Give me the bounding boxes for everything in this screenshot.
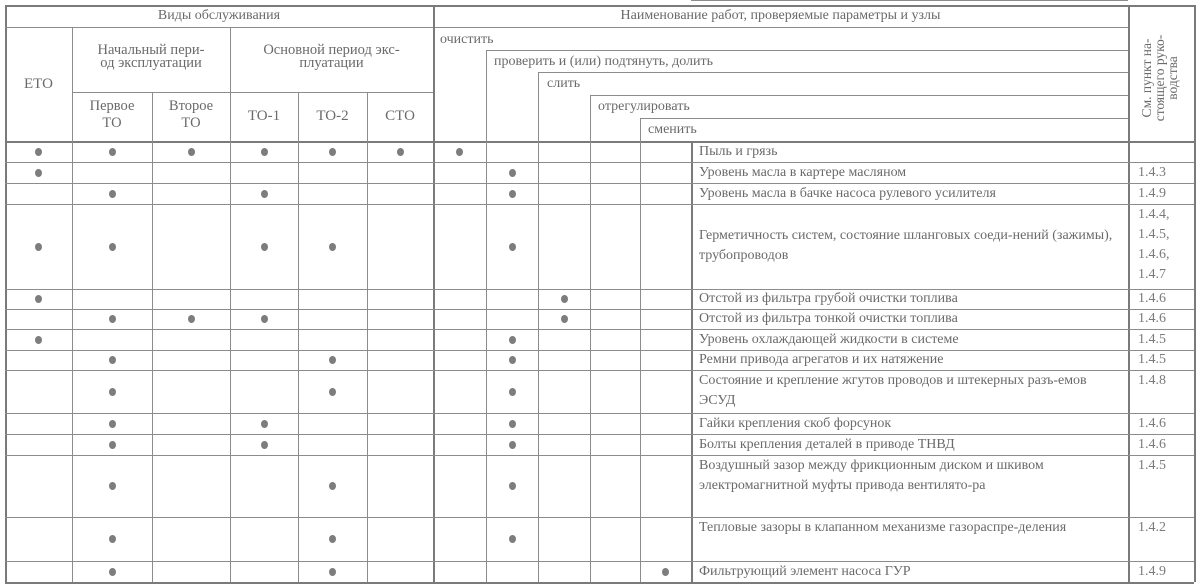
action-header-check: проверить и (или) подтянуть, долить bbox=[494, 54, 713, 70]
maintenance-table: Виды обслуживания Наименование работ, пр… bbox=[0, 0, 1200, 587]
bullet-icon bbox=[261, 420, 268, 428]
bullet-icon bbox=[329, 535, 336, 543]
bullet-icon bbox=[662, 568, 669, 576]
grid-line bbox=[590, 95, 591, 582]
grid-line bbox=[367, 92, 368, 582]
grid-line bbox=[433, 5, 435, 582]
grid-line bbox=[230, 27, 231, 582]
manual-reference: 1.4.3 bbox=[1138, 163, 1188, 183]
manual-reference: 1.4.5 bbox=[1138, 350, 1188, 370]
bullet-icon bbox=[509, 243, 516, 251]
bullet-icon bbox=[509, 482, 516, 490]
work-item-name: Болты крепления деталей в приводе ТНВД bbox=[699, 435, 1119, 455]
grid-line bbox=[5, 5, 7, 582]
grid-line bbox=[486, 50, 487, 582]
work-item-name: Ремни привода агрегатов и их натяжение bbox=[699, 350, 1119, 370]
work-item-name: Отстой из фильтра грубой очистки топлива bbox=[699, 289, 1119, 309]
to1-header: ТО-1 bbox=[230, 108, 298, 124]
grid-line bbox=[5, 582, 1194, 584]
work-item-name: Состояние и крепление жгутов проводов и … bbox=[699, 371, 1119, 411]
second-to-header: Второе ТО bbox=[152, 98, 230, 132]
bullet-icon bbox=[261, 243, 268, 251]
grid-line bbox=[72, 92, 433, 93]
manual-reference: 1.4.8 bbox=[1138, 371, 1188, 391]
grid-line bbox=[152, 92, 153, 582]
bullet-icon bbox=[35, 336, 42, 344]
bullet-icon bbox=[329, 568, 336, 576]
bullet-icon bbox=[35, 169, 42, 177]
grid-line bbox=[486, 50, 1128, 51]
bullet-icon bbox=[35, 148, 42, 156]
bullet-icon bbox=[509, 190, 516, 198]
bullet-icon bbox=[109, 315, 116, 323]
work-item-name: Пыль и грязь bbox=[699, 142, 1119, 162]
reference-header: См. пункт на- стоящего руко- водства bbox=[1140, 18, 1182, 138]
bullet-icon bbox=[109, 482, 116, 490]
manual-reference: 1.4.2 bbox=[1138, 518, 1188, 538]
grid-line bbox=[72, 27, 73, 582]
grid-line bbox=[691, 141, 693, 582]
bullet-icon bbox=[561, 295, 568, 303]
bullet-icon bbox=[329, 482, 336, 490]
grid-line bbox=[5, 204, 1194, 205]
bullet-icon bbox=[509, 169, 516, 177]
grid-line bbox=[5, 27, 1128, 28]
manual-reference: 1.4.6 bbox=[1138, 414, 1188, 434]
work-item-name: Герметичность систем, состояние шланговы… bbox=[699, 226, 1119, 266]
manual-reference: 1.4.6 bbox=[1138, 435, 1188, 455]
bullet-icon bbox=[109, 190, 116, 198]
bullet-icon bbox=[35, 243, 42, 251]
bullet-icon bbox=[261, 315, 268, 323]
manual-reference: 1.4.6 bbox=[1138, 309, 1188, 329]
grid-line bbox=[590, 95, 1128, 96]
bullet-icon bbox=[109, 535, 116, 543]
bullet-icon bbox=[188, 148, 195, 156]
bullet-icon bbox=[397, 148, 404, 156]
bullet-icon bbox=[261, 441, 268, 449]
to2-header: ТО-2 bbox=[298, 108, 367, 124]
bullet-icon bbox=[509, 441, 516, 449]
bullet-icon bbox=[329, 356, 336, 364]
bullet-icon bbox=[329, 148, 336, 156]
bullet-icon bbox=[509, 535, 516, 543]
main-period-header: Основной период экс- плуатации bbox=[230, 44, 433, 70]
work-item-name: Фильтрующий элемент насоса ГУР bbox=[699, 562, 1119, 582]
bullet-icon bbox=[109, 388, 116, 396]
bullet-icon bbox=[109, 243, 116, 251]
action-header-replace: сменить bbox=[648, 122, 697, 138]
bullet-icon bbox=[261, 148, 268, 156]
grid-line bbox=[5, 5, 1194, 7]
bullet-icon bbox=[188, 315, 195, 323]
manual-reference: 1.4.5 bbox=[1138, 330, 1188, 350]
bullet-icon bbox=[35, 295, 42, 303]
manual-reference: 1.4.9 bbox=[1138, 562, 1188, 582]
bullet-icon bbox=[109, 441, 116, 449]
bullet-icon bbox=[109, 356, 116, 364]
action-header-drain: слить bbox=[547, 76, 580, 92]
first-to-header: Первое ТО bbox=[72, 98, 152, 132]
work-item-name: Уровень масла в картере масляном bbox=[699, 163, 1119, 183]
initial-period-header: Начальный пери- од эксплуатации bbox=[72, 44, 230, 70]
grid-line bbox=[1194, 5, 1196, 582]
grid-line bbox=[691, 0, 1128, 1]
work-item-name: Отстой из фильтра тонкой очистки топлива bbox=[699, 309, 1119, 329]
sto-header: СТО bbox=[367, 108, 433, 124]
manual-reference: 1.4.5 bbox=[1138, 456, 1188, 476]
eto-header: ЕТО bbox=[5, 76, 72, 92]
bullet-icon bbox=[329, 388, 336, 396]
action-header-adjust: отрегулировать bbox=[598, 99, 690, 115]
manual-reference: 1.4.9 bbox=[1138, 184, 1188, 204]
bullet-icon bbox=[109, 568, 116, 576]
action-header-clean: очистить bbox=[440, 32, 494, 48]
work-item-name: Гайки крепления скоб форсунок bbox=[699, 414, 1119, 434]
bullet-icon bbox=[109, 148, 116, 156]
grid-line bbox=[538, 72, 1128, 73]
work-item-name: Уровень охлаждающей жидкости в системе bbox=[699, 330, 1119, 350]
bullet-icon bbox=[561, 315, 568, 323]
bullet-icon bbox=[261, 190, 268, 198]
grid-line bbox=[538, 72, 539, 582]
work-item-name: Воздушный зазор между фрикционным диском… bbox=[699, 456, 1119, 496]
manual-reference: 1.4.4, 1.4.5, 1.4.6, 1.4.7 bbox=[1138, 205, 1188, 285]
bullet-icon bbox=[456, 148, 463, 156]
service-types-title: Виды обслуживания bbox=[5, 8, 433, 24]
grid-line bbox=[640, 118, 1128, 119]
work-item-name: Уровень масла в бачке насоса рулевого ус… bbox=[699, 184, 1119, 204]
works-title: Наименование работ, проверяемые параметр… bbox=[433, 8, 1128, 24]
work-item-name: Тепловые зазоры в клапанном механизме га… bbox=[699, 518, 1119, 538]
bullet-icon bbox=[509, 356, 516, 364]
bullet-icon bbox=[509, 420, 516, 428]
grid-line bbox=[1128, 5, 1130, 582]
bullet-icon bbox=[109, 420, 116, 428]
grid-line bbox=[298, 92, 299, 582]
bullet-icon bbox=[509, 388, 516, 396]
manual-reference: 1.4.6 bbox=[1138, 289, 1188, 309]
bullet-icon bbox=[509, 336, 516, 344]
bullet-icon bbox=[329, 243, 336, 251]
